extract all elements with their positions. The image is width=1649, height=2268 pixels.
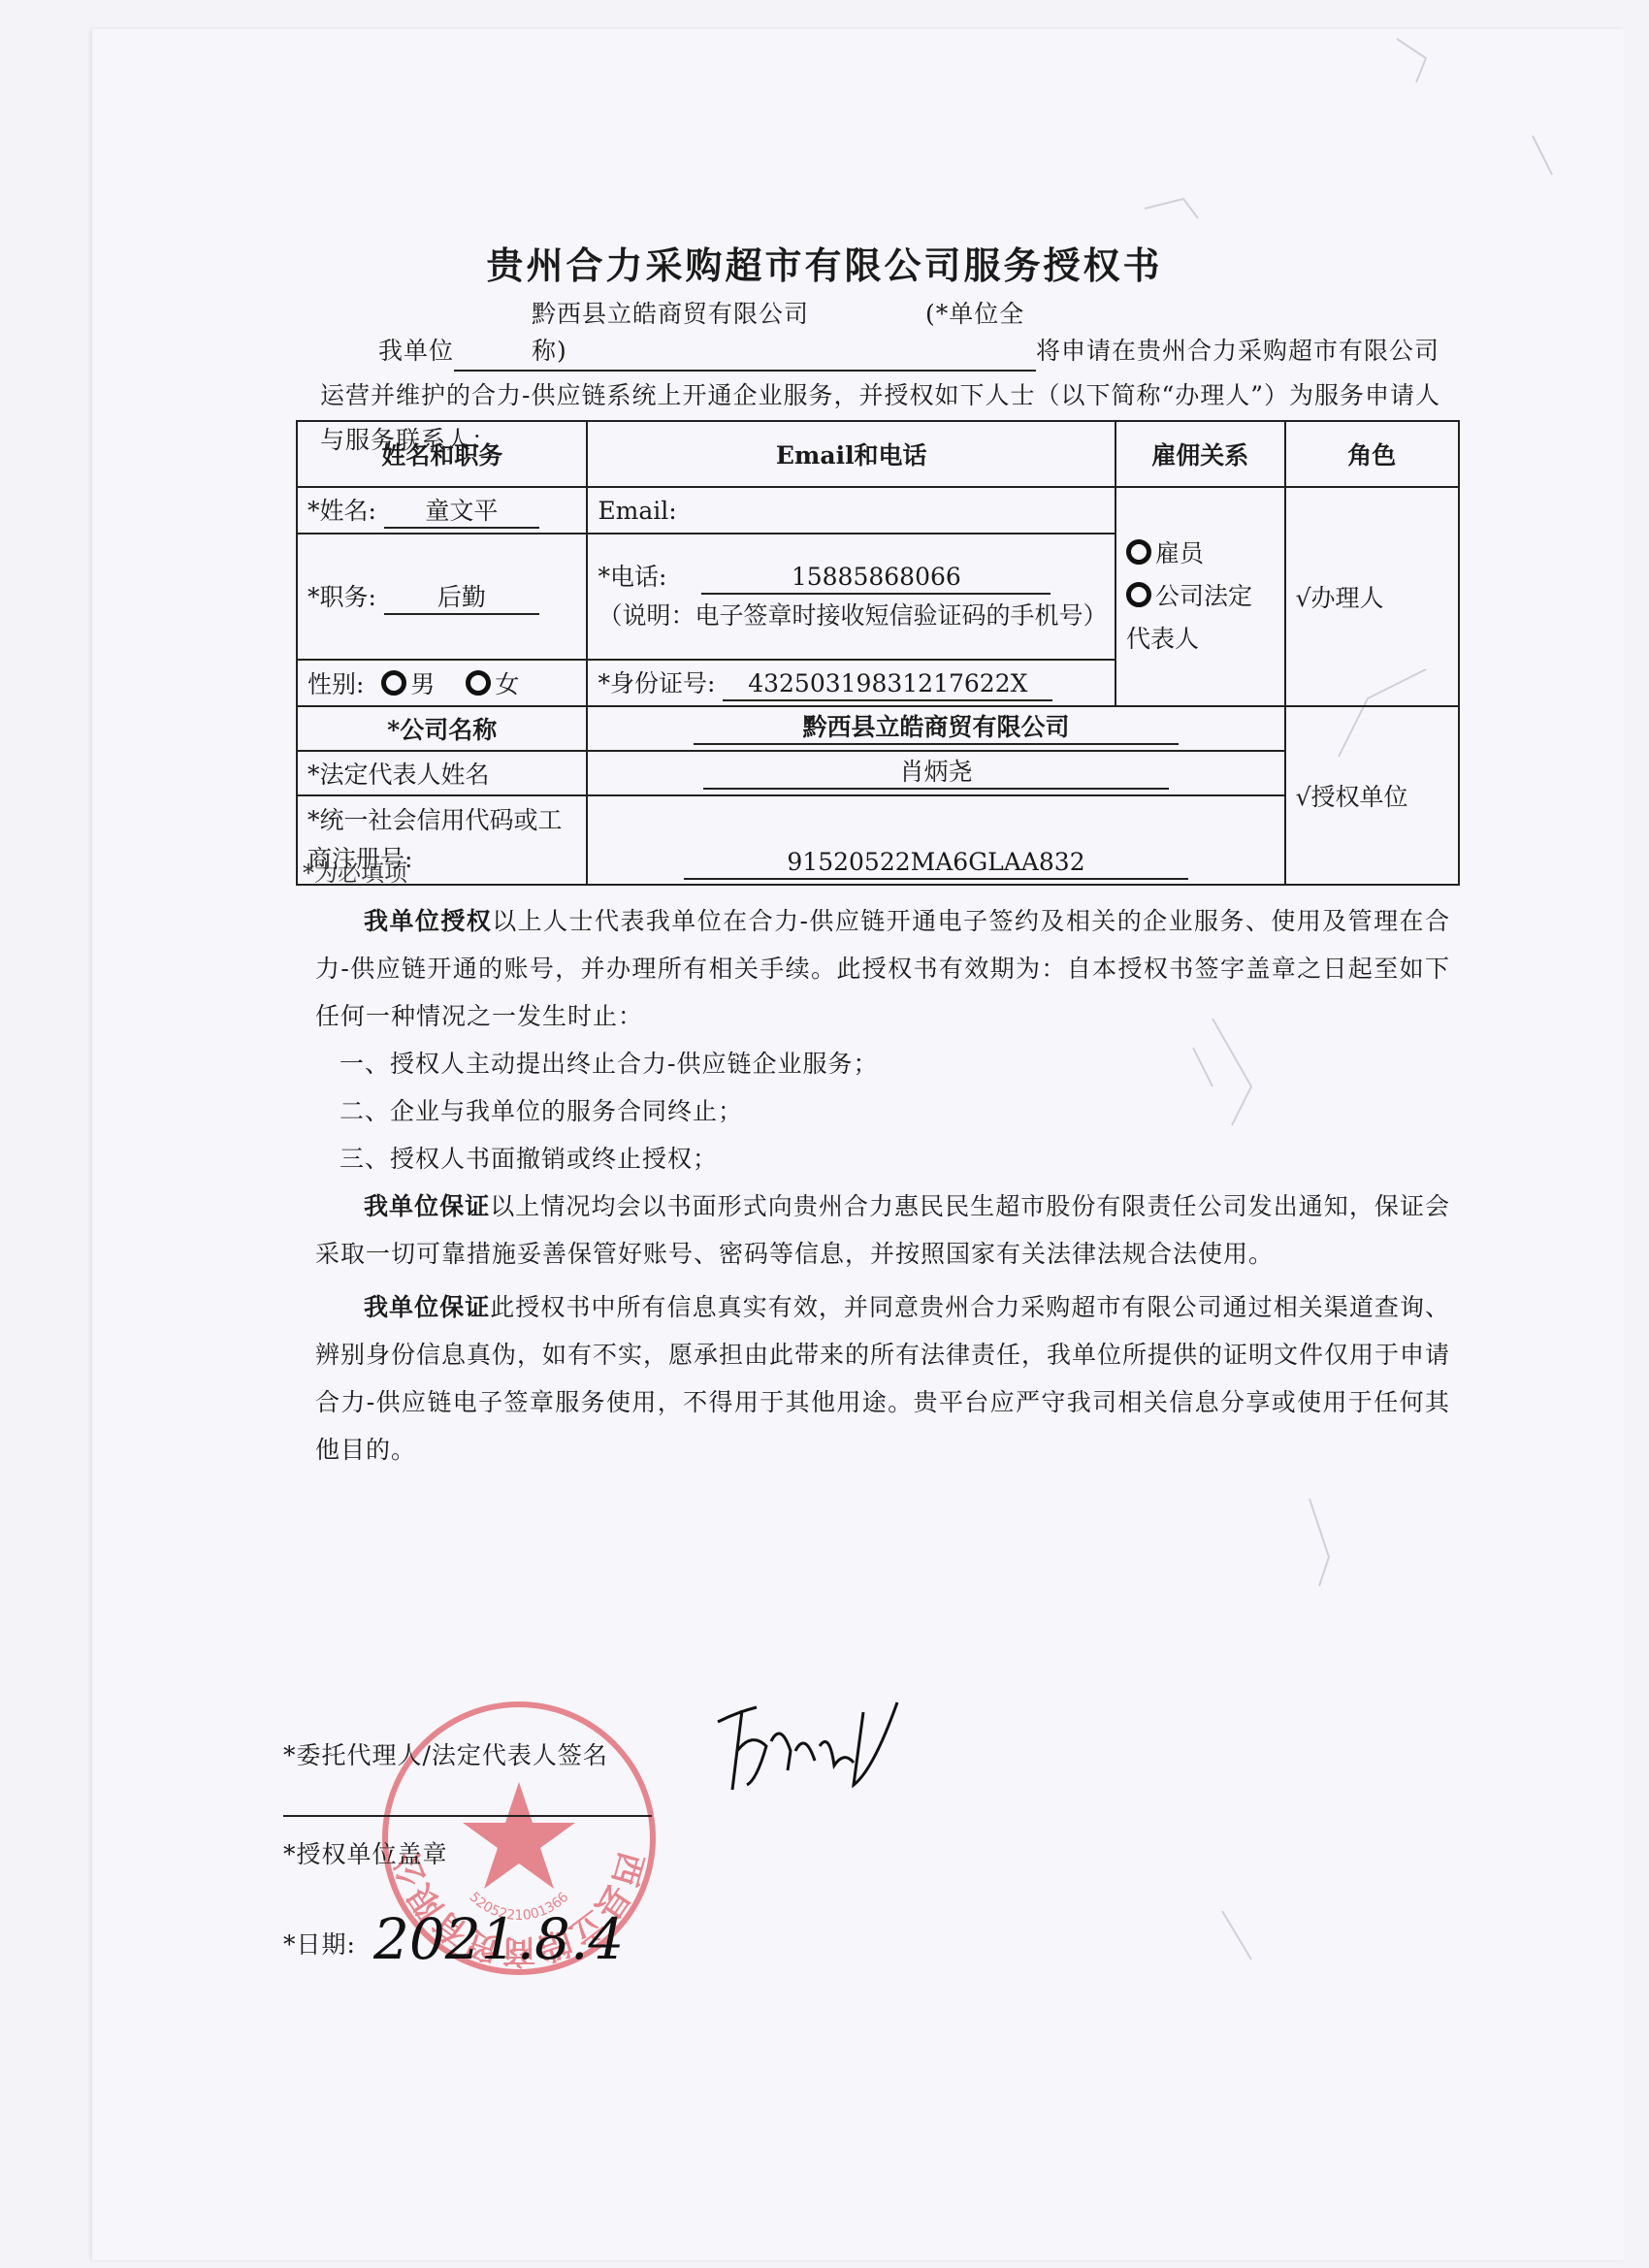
date-label: *日期: <box>283 1926 356 1960</box>
signature-divider <box>283 1815 652 1817</box>
id-label: *身份证号: <box>598 669 715 697</box>
paragraph-authorization: 我单位授权以上人士代表我单位在合力-供应链开通电子签约及相关的企业服务、使用及管… <box>315 897 1450 1040</box>
term-item: 一、授权人主动提出终止合力-供应链企业服务； <box>315 1040 1450 1087</box>
signer-label: *委托代理人/法定代表人签名 <box>283 1736 608 1771</box>
role-unit-cell: √授权单位 <box>1285 706 1459 885</box>
legal-rep-value: 肖炳尧 <box>703 757 1169 790</box>
seal-label: *授权单位盖章 <box>283 1835 448 1870</box>
employment-cell: 雇员 公司法定代表人 <box>1115 487 1285 706</box>
name-cell: *姓名: 童文平 <box>297 487 587 534</box>
company-label: *公司名称 <box>297 706 587 751</box>
applicant-table: 姓名和职务 Email和电话 雇佣关系 角色 *姓名: 童文平 Email: 雇… <box>296 420 1460 886</box>
phone-value: 15885868066 <box>701 562 1051 595</box>
employment-option-legal-rep: 公司法定代表人 <box>1126 575 1275 661</box>
company-value: 黔西县立皓商贸有限公司 <box>694 712 1179 745</box>
handwritten-signature <box>698 1693 912 1809</box>
credit-code-cell: 91520522MA6GLAA832 <box>587 795 1284 885</box>
required-note: *为必填项 <box>303 854 407 888</box>
employment-option-employee: 雇员 <box>1126 533 1275 575</box>
radio-filled-icon <box>1126 582 1151 607</box>
phone-note: （说明：电子签章时接收短信验证码的手机号） <box>598 597 1105 635</box>
header-role: 角色 <box>1285 421 1459 487</box>
radio-filled-icon <box>466 670 491 696</box>
position-value: 后勤 <box>384 582 539 615</box>
handwritten-date: 2021.8.4 <box>373 1906 624 1972</box>
email-label: Email: <box>598 497 676 525</box>
unit-name-value: 黔西县立皓商贸有限公司 <box>532 300 809 328</box>
legal-rep-label: *法定代表人姓名 <box>297 751 587 795</box>
term-item: 三、授权人书面撤销或终止授权； <box>315 1135 1450 1183</box>
id-value: 43250319831217622X <box>723 668 1052 701</box>
unit-name-field: 黔西县立皓商贸有限公司(*单位全称) <box>454 296 1036 372</box>
paragraph-guarantee-1: 我单位保证以上情况均会以书面形式向贵州合力惠民民生超市股份有限责任公司发出通知，… <box>315 1183 1450 1278</box>
name-label: *姓名: <box>307 497 376 525</box>
header-email-phone: Email和电话 <box>587 421 1115 487</box>
intro-prefix: 我单位 <box>378 337 454 365</box>
term-item: 二、企业与我单位的服务合同终止； <box>315 1087 1450 1135</box>
paragraph-lead: 我单位保证 <box>364 1192 490 1220</box>
gender-cell: 性别: 男 女 <box>297 660 587 706</box>
document-title: 贵州合力采购超市有限公司服务授权书 <box>0 236 1649 289</box>
company-cell: 黔西县立皓商贸有限公司 <box>587 706 1284 751</box>
role-agent-cell: √办理人 <box>1285 487 1459 706</box>
employment-option-label: 雇员 <box>1155 539 1204 567</box>
gender-option-female: 女 <box>495 670 519 698</box>
phone-label: *电话: <box>598 563 666 591</box>
phone-cell: *电话: 15885868066 （说明：电子签章时接收短信验证码的手机号） <box>587 534 1115 660</box>
paragraph-lead: 我单位授权 <box>364 907 492 935</box>
gender-option-male: 男 <box>410 670 435 698</box>
paragraph-lead: 我单位保证 <box>364 1293 490 1321</box>
position-label: *职务: <box>307 583 376 611</box>
name-value: 童文平 <box>384 496 539 529</box>
header-name-title: 姓名和职务 <box>297 421 587 487</box>
credit-code-value: 91520522MA6GLAA832 <box>684 847 1188 880</box>
position-cell: *职务: 后勤 <box>297 534 587 660</box>
header-employment: 雇佣关系 <box>1115 421 1285 487</box>
legal-rep-cell: 肖炳尧 <box>587 751 1284 795</box>
gender-label: 性别: <box>307 670 364 698</box>
terms-body: 我单位授权以上人士代表我单位在合力-供应链开通电子签约及相关的企业服务、使用及管… <box>315 897 1450 1474</box>
radio-filled-icon <box>381 670 406 696</box>
email-cell: Email: <box>587 487 1115 534</box>
radio-filled-icon <box>1126 539 1151 565</box>
paragraph-guarantee-2: 我单位保证此授权书中所有信息真实有效，并同意贵州合力采购超市有限公司通过相关渠道… <box>315 1283 1450 1474</box>
id-cell: *身份证号: 43250319831217622X <box>587 660 1115 706</box>
